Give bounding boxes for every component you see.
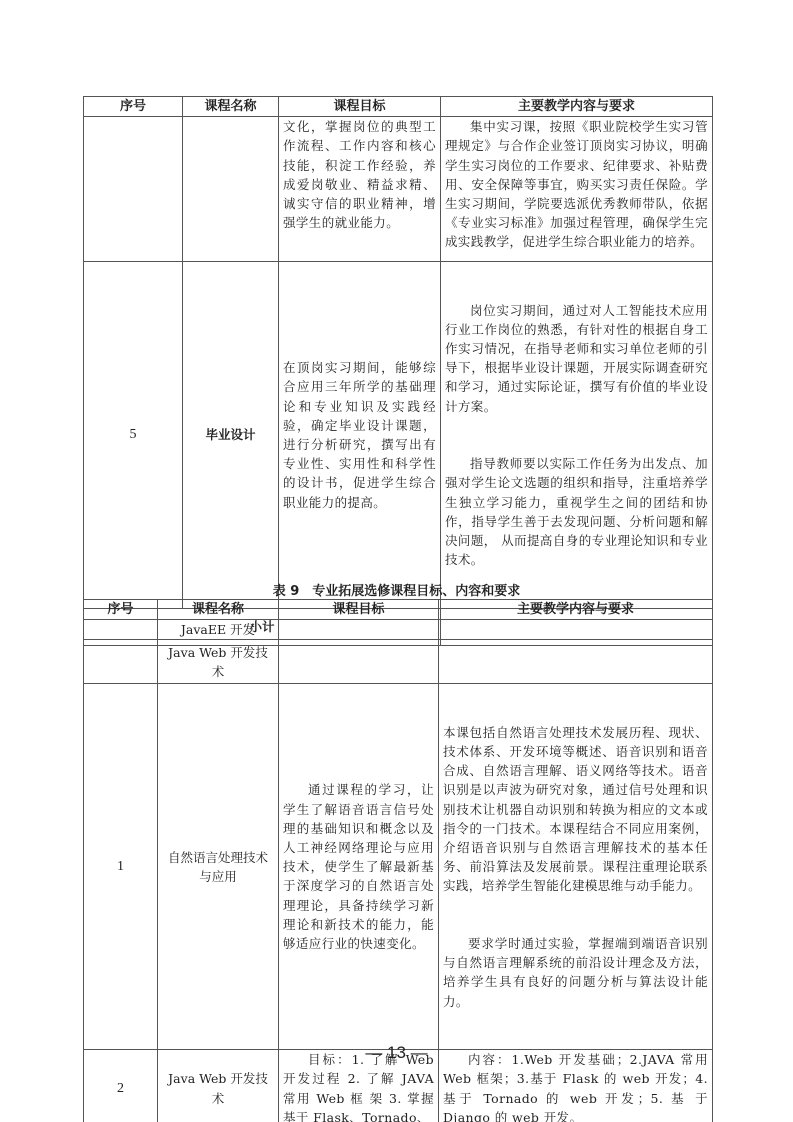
row-content-paragraph: 岗位实习期间，通过对人工智能技术应用行业工作岗位的熟悉，有针对性的根据自身工作实… xyxy=(445,301,708,416)
row-content-paragraph: 集中实习课，按照《职业院校学生实习管理规定》与合作企业签订顶岗实习协议，明确学生… xyxy=(445,117,708,251)
header-course-name: 课程名称 xyxy=(183,97,279,117)
row-course-name: Java Web 开发技术 xyxy=(158,640,279,684)
row-seq: 5 xyxy=(84,262,183,609)
header-content-requirements: 主要教学内容与要求 xyxy=(441,97,713,117)
row-content xyxy=(439,640,713,684)
header-seq: 序号 xyxy=(84,97,183,117)
table-row: 5 毕业设计 在顶岗实习期间，能够综合应用三年所学的基础理论和专业知识及实践经验… xyxy=(84,262,713,609)
row-course-goal: 在顶岗实习期间，能够综合应用三年所学的基础理论和专业知识及实践经验，确定毕业设计… xyxy=(279,262,441,609)
row-course-goal xyxy=(279,620,439,640)
page-number: — 13 — xyxy=(0,1043,793,1063)
table-course-goals-continued: 序号 课程名称 课程目标 主要教学内容与要求 文化，掌握岗位的典型工作流程、工作… xyxy=(83,96,713,646)
table-header-row: 序号 课程名称 课程目标 主要教学内容与要求 xyxy=(84,97,713,117)
row-course-goal: 通过课程的学习，让学生了解语音语言信号处理的基础知识和概念以及人工神经网络理论与… xyxy=(279,684,439,1050)
row-seq: 1 xyxy=(84,684,158,1050)
table-row: 1 自然语言处理技术与应用 通过课程的学习，让学生了解语音语言信号处理的基础知识… xyxy=(84,684,713,1050)
row-content xyxy=(439,620,713,640)
row-seq xyxy=(84,640,158,684)
header-seq: 序号 xyxy=(84,600,158,620)
row-course-name: 毕业设计 xyxy=(183,262,279,609)
row-content-paragraph: 要求学时通过实验，掌握端到端语音识别与自然语言理解系统的前沿设计理念及方法，培养… xyxy=(443,934,708,1011)
row-content-paragraph: 指导教师要以实际工作任务为出发点、加强对学生论文选题的组织和指导，注重培养学生独… xyxy=(445,454,708,569)
header-content-requirements: 主要教学内容与要求 xyxy=(439,600,713,620)
row-course-name: JavaEE 开发 xyxy=(158,620,279,640)
row-seq xyxy=(84,117,183,262)
table-row: JavaEE 开发 xyxy=(84,620,713,640)
row-course-name: 自然语言处理技术与应用 xyxy=(158,684,279,1050)
row-course-goal: 文化，掌握岗位的典型工作流程、工作内容和核心技能，积淀工作经验，养成爱岗敬业、精… xyxy=(279,117,441,262)
table-header-row: 序号 课程名称 课程目标 主要教学内容与要求 xyxy=(84,600,713,620)
row-content-paragraph: 本课包括自然语言处理技术发展历程、现状、技术体系、开发环境等概述、语音识别和语音… xyxy=(443,723,708,896)
table-caption: 表 9 专业拓展选修课程目标、内容和要求 xyxy=(0,580,793,599)
table-row: 文化，掌握岗位的典型工作流程、工作内容和核心技能，积淀工作经验，养成爱岗敬业、精… xyxy=(84,117,713,262)
header-course-goal: 课程目标 xyxy=(279,600,439,620)
row-course-goal xyxy=(279,640,439,684)
header-course-goal: 课程目标 xyxy=(279,97,441,117)
row-course-name xyxy=(183,117,279,262)
row-seq xyxy=(84,620,158,640)
header-course-name: 课程名称 xyxy=(158,600,279,620)
table-row: Java Web 开发技术 xyxy=(84,640,713,684)
